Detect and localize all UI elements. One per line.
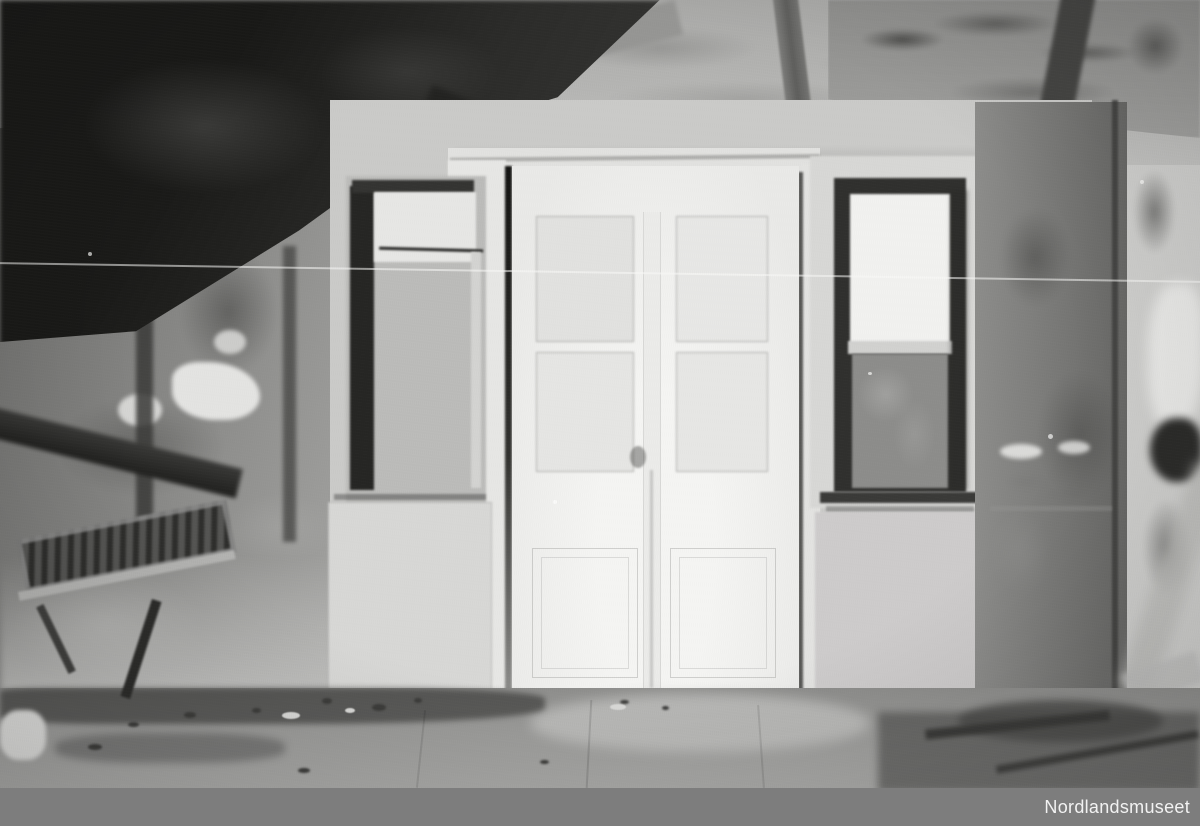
screenshot: Nordlandsmuseet bbox=[0, 0, 1200, 826]
watermark-text: Nordlandsmuseet bbox=[1044, 797, 1200, 818]
photograph bbox=[0, 0, 1200, 788]
watermark-bar: Nordlandsmuseet bbox=[0, 788, 1200, 826]
film-grain bbox=[0, 0, 1200, 788]
